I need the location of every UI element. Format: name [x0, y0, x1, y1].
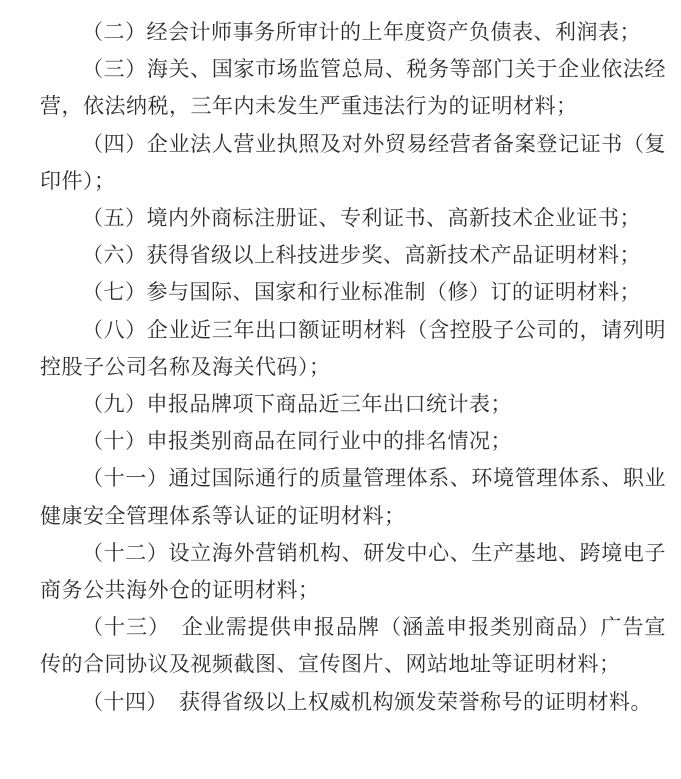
list-item-5: （五）境内外商标注册证、专利证书、高新技术企业证书；	[40, 200, 666, 237]
list-item-13: （十三） 企业需提供申报品牌（涵盖申报类别商品）广告宣传的合同协议及视频截图、宣…	[40, 609, 666, 683]
list-item-2: （二）经会计师事务所审计的上年度资产负债表、利润表；	[40, 14, 666, 51]
list-item-3: （三）海关、国家市场监管总局、税务等部门关于企业依法经营，依法纳税，三年内未发生…	[40, 51, 666, 125]
list-item-6: （六）获得省级以上科技进步奖、高新技术产品证明材料；	[40, 237, 666, 274]
list-item-4: （四）企业法人营业执照及对外贸易经营者备案登记证书（复印件）；	[40, 126, 666, 200]
list-item-9: （九）申报品牌项下商品近三年出口统计表；	[40, 386, 666, 423]
list-item-12: （十二）设立海外营销机构、研发中心、生产基地、跨境电子商务公共海外仓的证明材料；	[40, 535, 666, 609]
document-page: （二）经会计师事务所审计的上年度资产负债表、利润表； （三）海关、国家市场监管总…	[0, 0, 681, 779]
list-item-14: （十四） 获得省级以上权威机构颁发荣誉称号的证明材料。	[40, 684, 666, 721]
list-item-11: （十一）通过国际通行的质量管理体系、环境管理体系、职业健康安全管理体系等认证的证…	[40, 460, 666, 534]
list-item-10: （十）申报类别商品在同行业中的排名情况；	[40, 423, 666, 460]
list-item-8: （八）企业近三年出口额证明材料（含控股子公司的，请列明控股子公司名称及海关代码）…	[40, 312, 666, 386]
list-item-7: （七）参与国际、国家和行业标准制（修）订的证明材料；	[40, 274, 666, 311]
